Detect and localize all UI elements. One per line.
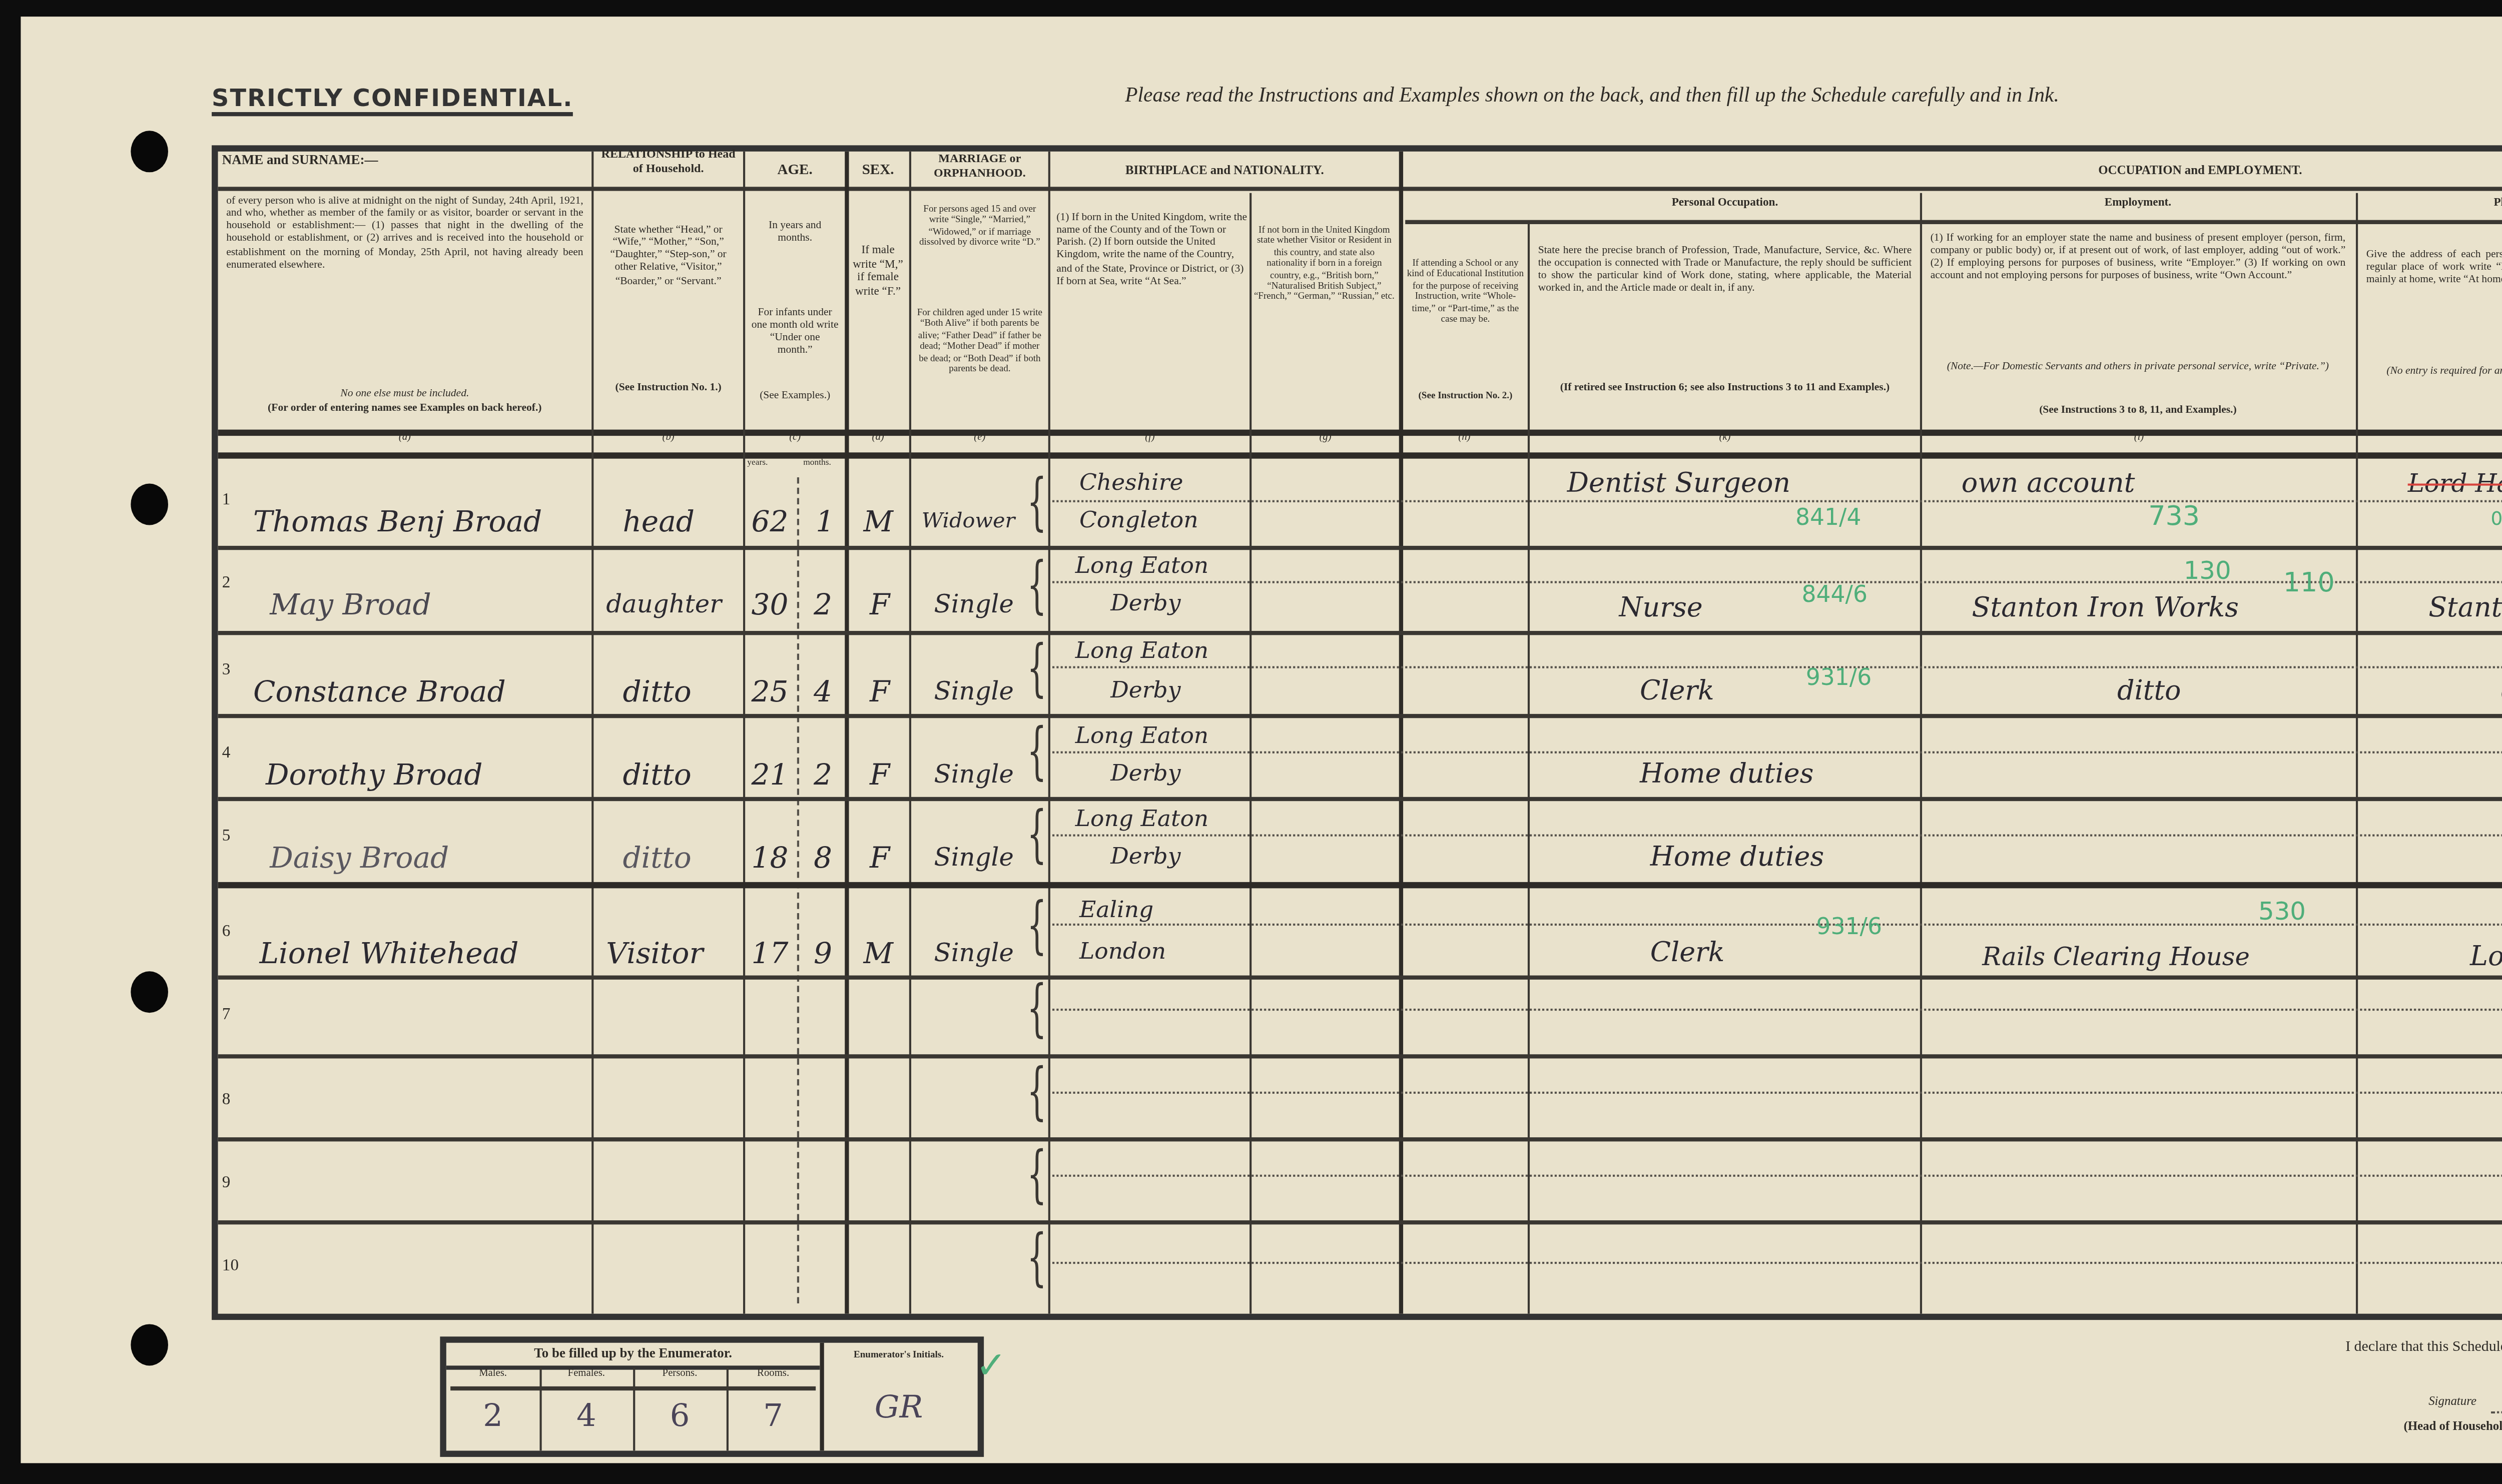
age-years: 25 — [752, 676, 789, 709]
occupation-code: 931/6 — [1816, 913, 1882, 940]
place-of-work: London — [2470, 942, 2502, 973]
occupation-code: 844/6 — [1801, 581, 1867, 608]
header-sex: SEX. — [849, 162, 907, 179]
relationship: daughter — [606, 589, 722, 618]
header-occupation-group: OCCUPATION and EMPLOYMENT. — [1889, 166, 2502, 181]
marital-status: Single — [934, 676, 1014, 705]
enumerator-totals-heading: To be filled up by the Enumerator. — [446, 1343, 820, 1370]
age-years: 62 — [752, 506, 789, 539]
personal-occupation: Nurse — [1619, 593, 1702, 624]
col-letter-l: (l) — [1922, 434, 2356, 444]
header-school-footer: (See Instruction No. 2.) — [1405, 390, 1526, 401]
females-label: Females. — [539, 1370, 633, 1380]
household-table — [212, 145, 2502, 1320]
relationship: Visitor — [606, 938, 703, 971]
place-of-work: Stanton — [2428, 593, 2502, 624]
birthplace-county: Long Eaton — [1075, 805, 1209, 832]
header-relationship-body: State whether “Head,” or “Wife,” “Mother… — [600, 224, 737, 288]
initials-label: Enumerator's Initials. — [824, 1349, 974, 1359]
form-title: STRICTLY CONFIDENTIAL. — [212, 83, 573, 116]
sex: F — [870, 589, 890, 622]
age-years: 21 — [752, 760, 789, 793]
employment: own account — [1962, 469, 2135, 500]
personal-occupation: Clerk — [1650, 938, 1725, 969]
age-years: 18 — [752, 843, 789, 876]
employment-code: 733 — [2148, 502, 2200, 533]
check-mark-icon: ✓ — [976, 1345, 1007, 1388]
header-age-footer: (See Examples.) — [752, 390, 839, 403]
sex: M — [864, 506, 893, 539]
scan-viewport: STRICTLY CONFIDENTIAL. Please read the I… — [0, 0, 2502, 1483]
brace-icon: { — [1027, 805, 1047, 867]
header-place-of-work-body: Give the address of each person's place … — [2366, 249, 2502, 287]
row-number: 8 — [222, 1090, 231, 1108]
form-instructions: Please read the Instructions and Example… — [1125, 85, 2059, 108]
header-school-body: If attending a School or any kind of Edu… — [1405, 257, 1526, 325]
row-number: 5 — [222, 826, 231, 845]
col-letter-c: (c) — [745, 434, 845, 444]
header-employment-note: (Note.—For Domestic Servants and others … — [1931, 361, 2346, 374]
punch-hole — [131, 483, 168, 525]
sex: F — [870, 760, 890, 793]
col-letter-f: (f) — [1050, 434, 1249, 444]
header-place-of-work: Place of Work. — [2360, 197, 2502, 211]
marital-status: Single — [934, 760, 1014, 789]
col-letter-e: (e) — [911, 434, 1048, 444]
marital-status: Single — [934, 589, 1014, 618]
header-place-of-work-note: (No entry is required for any person who… — [2366, 365, 2502, 378]
age-years: 30 — [752, 589, 789, 622]
age-years-label: years. — [747, 457, 768, 467]
punch-hole — [131, 1324, 168, 1365]
row-number: 6 — [222, 922, 231, 940]
col-letter-h: (h) — [1401, 434, 1528, 444]
row-number: 2 — [222, 573, 231, 591]
declaration-footer: (Head of Household, Manager of Establish… — [2403, 1421, 2502, 1434]
header-employment-body: (1) If working for an employer state the… — [1931, 233, 2346, 284]
personal-occupation: Dentist Surgeon — [1567, 469, 1790, 500]
header-employment: Employment. — [1924, 197, 2351, 211]
person-name: Dorothy Broad — [266, 760, 482, 793]
header-marriage: MARRIAGE or ORPHANHOOD. — [913, 154, 1046, 181]
brace-icon: { — [1027, 556, 1047, 618]
person-name: May Broad — [270, 589, 431, 622]
birthplace-town: Derby — [1110, 843, 1180, 870]
brace-icon: { — [1027, 1063, 1047, 1125]
age-months: 2 — [814, 589, 832, 622]
enumerator-totals-box: To be filled up by the Enumerator. Males… — [440, 1336, 984, 1457]
col-letter-k: (k) — [1530, 434, 1920, 444]
relationship: ditto — [622, 843, 691, 876]
header-personal-occupation-footer: (If retired see Instruction 6; see also … — [1538, 382, 1912, 394]
occupation-code: 841/4 — [1795, 504, 1861, 531]
declaration-text: I declare that this Schedule is correctl… — [2345, 1338, 2502, 1355]
age-years: 17 — [752, 938, 789, 971]
birthplace-county: Ealing — [1079, 897, 1153, 924]
age-months: 2 — [814, 760, 832, 793]
header-birthplace: BIRTHPLACE and NATIONALITY. — [1052, 166, 1397, 181]
employment-code: 130 — [2184, 556, 2231, 585]
col-letter-d: (d) — [847, 434, 909, 444]
person-name: Thomas Benj Broad — [253, 506, 542, 539]
header-relationship: RELATIONSHIP to Head of Household. — [595, 150, 741, 177]
relationship: head — [622, 506, 695, 539]
personal-occupation: Home duties — [1650, 843, 1824, 874]
col-letter-m: (m) — [2358, 434, 2502, 444]
header-marriage-children: For children aged under 15 write “Both A… — [915, 307, 1044, 375]
header-marriage-body: For persons aged 15 and over write “Sing… — [915, 204, 1044, 249]
rooms-value: 7 — [727, 1397, 820, 1434]
marital-status: Single — [934, 843, 1014, 872]
person-name: Constance Broad — [253, 676, 506, 709]
header-name-footer: (For order of entering names see Example… — [226, 403, 583, 415]
brace-icon: { — [1027, 980, 1047, 1042]
row-number: 7 — [222, 1005, 231, 1023]
birthplace-town: Derby — [1110, 589, 1180, 616]
row-number: 4 — [222, 743, 231, 762]
age-months: 4 — [814, 676, 832, 709]
census-schedule: STRICTLY CONFIDENTIAL. Please read the I… — [21, 17, 2502, 1463]
brace-icon: { — [1027, 473, 1047, 535]
relationship: ditto — [622, 676, 691, 709]
brace-icon: { — [1027, 639, 1047, 701]
row-number: 1 — [222, 490, 231, 508]
marital-status: Widower — [922, 510, 1015, 533]
signature-label: Signature — [2428, 1397, 2476, 1409]
row-number: 9 — [222, 1173, 231, 1191]
employment: ditto — [2117, 676, 2181, 707]
punch-hole — [131, 131, 168, 172]
birthplace-county: Long Eaton — [1075, 722, 1209, 750]
birthplace-county: Long Eaton — [1075, 637, 1209, 664]
birthplace-town: Congleton — [1079, 506, 1198, 533]
header-name-note: No one else must be included. — [226, 388, 583, 401]
row-number: 3 — [222, 660, 231, 678]
employment: Rails Clearing House — [1982, 942, 2250, 971]
employment: Stanton Iron Works — [1972, 593, 2239, 624]
rooms-label: Rooms. — [727, 1370, 820, 1380]
birthplace-town: Derby — [1110, 676, 1180, 703]
sex: M — [864, 938, 893, 971]
employment-code-2: 110 — [2283, 569, 2335, 600]
age-months-label: months. — [803, 457, 831, 467]
age-months: 8 — [814, 843, 832, 876]
col-letter-g: (g) — [1252, 434, 1399, 444]
sex: F — [870, 843, 890, 876]
header-age-infants: For infants under one month old write “U… — [752, 307, 839, 358]
person-name: Lionel Whitehead — [260, 938, 519, 971]
males-value: 2 — [446, 1397, 540, 1434]
header-nationality-body: If not born in the United Kingdom state … — [1254, 224, 1395, 303]
persons-label: Persons. — [633, 1370, 727, 1380]
age-months: 9 — [814, 938, 832, 971]
relationship: ditto — [622, 760, 691, 793]
males-label: Males. — [446, 1370, 540, 1380]
place-code: 0920/06 — [2491, 510, 2502, 531]
header-name-body: of every person who is alive at midnight… — [226, 195, 583, 271]
birthplace-county: Long Eaton — [1075, 552, 1209, 579]
header-personal-occupation: Personal Occupation. — [1532, 197, 1918, 211]
birthplace-town: Derby — [1110, 760, 1180, 787]
brace-icon: { — [1027, 1146, 1047, 1208]
col-letter-b: (b) — [593, 434, 743, 444]
header-name: NAME and SURNAME:— — [222, 154, 587, 169]
header-age: AGE. — [747, 162, 843, 179]
personal-occupation: Home duties — [1640, 760, 1813, 791]
occupation-code: 931/6 — [1806, 664, 1872, 691]
header-sex-body: If male write “M,” if female write “F.” — [851, 245, 905, 300]
employment-code: 530 — [2258, 897, 2306, 926]
enumerator-initials: GR — [824, 1388, 974, 1426]
row-number: 10 — [222, 1256, 239, 1274]
females-value: 4 — [539, 1397, 633, 1434]
place-of-work: Lord Haldon Rd — [2408, 469, 2502, 498]
header-birthplace-body: (1) If born in the United Kingdom, write… — [1056, 212, 1247, 288]
header-relationship-footer: (See Instruction No. 1.) — [600, 382, 737, 394]
brace-icon: { — [1027, 1229, 1047, 1291]
personal-occupation: Clerk — [1640, 676, 1714, 707]
col-letter-a: (a) — [218, 434, 592, 444]
punch-hole — [131, 971, 168, 1013]
header-personal-occupation-body: State here the precise branch of Profess… — [1538, 245, 1912, 296]
persons-value: 6 — [633, 1397, 727, 1434]
sex: F — [870, 676, 890, 709]
marital-status: Single — [934, 938, 1014, 967]
age-months: 1 — [816, 506, 834, 539]
brace-icon: { — [1027, 722, 1047, 785]
birthplace-town: London — [1079, 938, 1166, 965]
birthplace-county: Cheshire — [1079, 469, 1183, 496]
header-employment-footer: (See Instructions 3 to 8, 11, and Exampl… — [1931, 405, 2346, 417]
brace-icon: { — [1027, 897, 1047, 959]
person-name: Daisy Broad — [270, 843, 449, 876]
header-age-body: In years and months. — [752, 220, 839, 246]
